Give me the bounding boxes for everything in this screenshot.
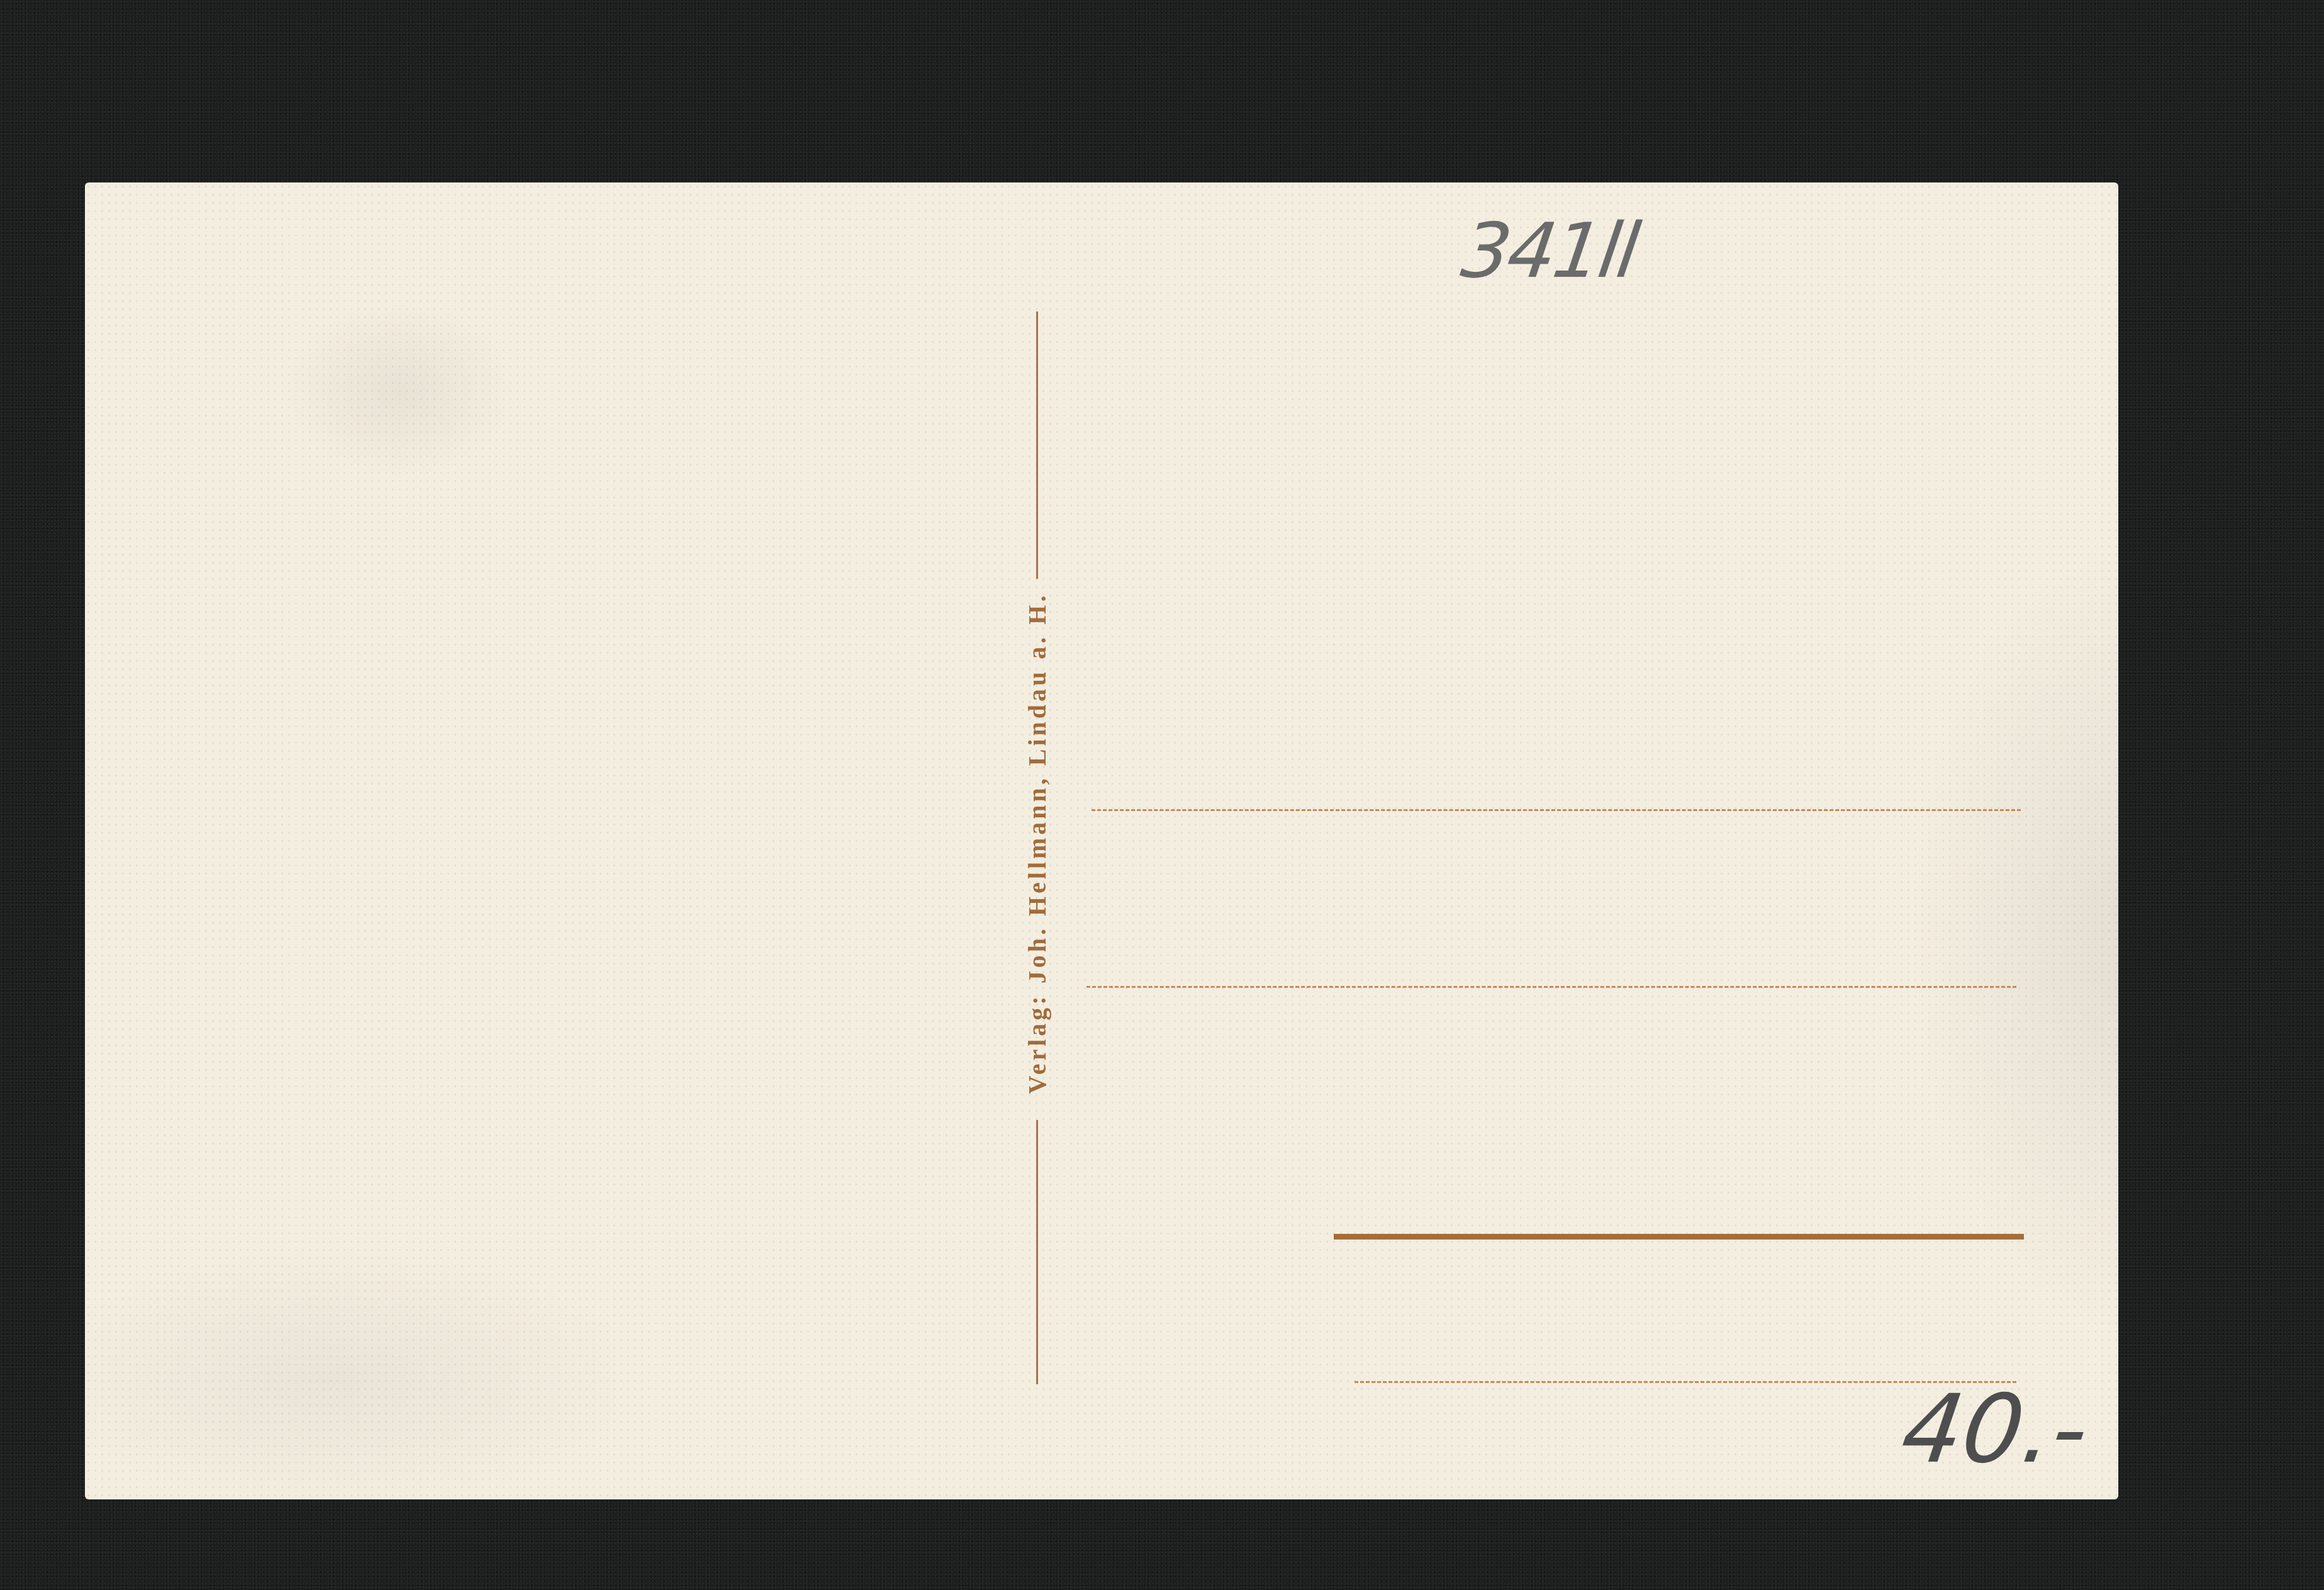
- pencil-reference-number: 341ll: [1456, 208, 1642, 295]
- divider-line-bottom: [1036, 1120, 1038, 1384]
- address-line-2: [1087, 986, 2016, 988]
- publisher-imprint: Verlag: Joh. Hellmann, Lindau a. H.: [1022, 593, 1052, 1094]
- pencil-price-note: 40.-: [1896, 1375, 2095, 1484]
- address-line-solid: [1334, 1234, 2024, 1240]
- address-line-1: [1092, 809, 2021, 811]
- divider-line-top: [1036, 311, 1038, 579]
- postcard-back: [85, 182, 2118, 1499]
